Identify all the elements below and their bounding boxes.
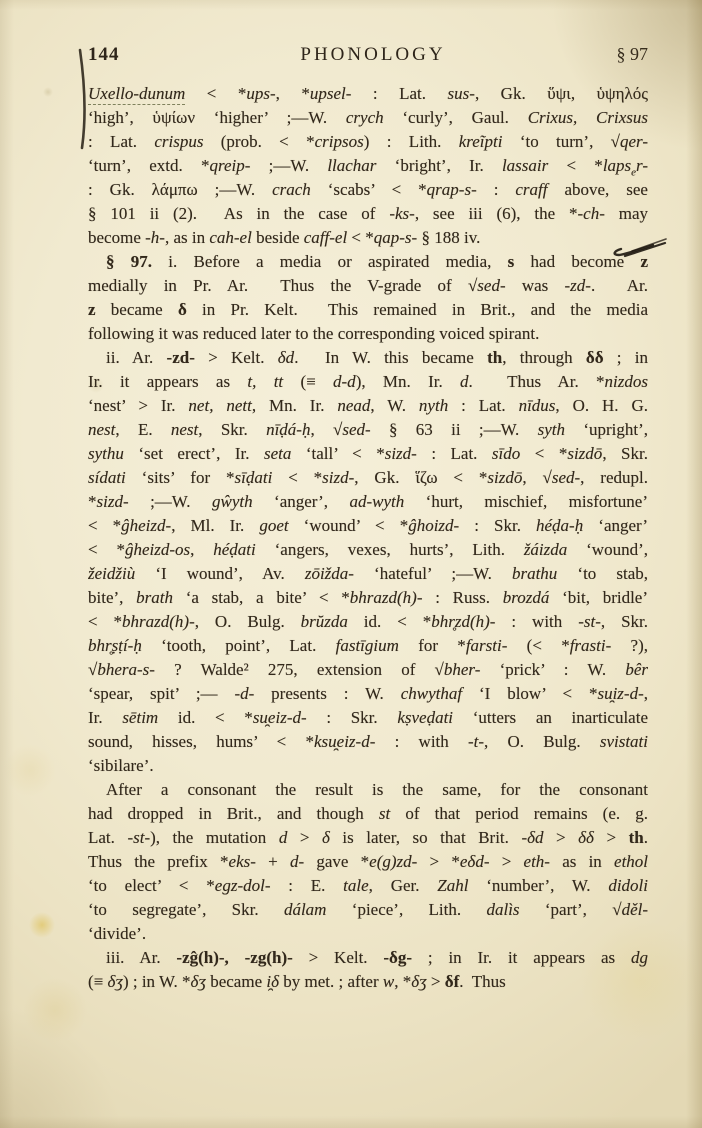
text-line: žeidžiù ‘I wound’, Av. zōižda- ‘hateful’… <box>88 562 648 586</box>
text-line: Ir. it appears as t, tt (≡ d-d), Mn. Ir.… <box>88 370 648 394</box>
text-line: < *ĝheizd-, Ml. Ir. goet ‘wound’ < *ĝhoi… <box>88 514 648 538</box>
text-line: become -h-, as in cah-el beside caff-el … <box>88 226 648 250</box>
section-reference: § 97 <box>617 44 649 65</box>
text-line: Ir. sētim id. < *su̯eiz-d- : Skr. kṣveḍa… <box>88 706 648 730</box>
text-line: ‘nest’ > Ir. net, nett, Mn. Ir. nead, W.… <box>88 394 648 418</box>
text-line: iii. Ar. -zĝ(h)-, -zg(h)- > Kelt. -δg- ;… <box>88 946 648 970</box>
book-page-scan: 144 PHONOLOGY § 97 Uxello-dunum < *ups-,… <box>0 0 702 1128</box>
text-line: medially in Pr. Ar. Thus the V-grade of … <box>88 274 648 298</box>
running-title: PHONOLOGY <box>120 44 617 66</box>
text-line: bite’, brath ‘a stab, a bite’ < *bhrazd(… <box>88 586 648 610</box>
paragraph: Uxello-dunum < *ups-, *upsel- : Lat. sus… <box>88 82 648 250</box>
text-line: ‘high’, ὑψίων ‘higher’ ;—W. crych ‘curly… <box>88 106 648 130</box>
text-line: ‘to elect’ < *egz-dol- : E. tale, Ger. Z… <box>88 874 648 898</box>
text-line: ‘to segregate’, Skr. dálam ‘piece’, Lith… <box>88 898 648 922</box>
text-line: √bhera-s- ? Walde² 275, extension of √bh… <box>88 658 648 682</box>
text-line: : Gk. λάμπω ;—W. crach ‘scabs’ < *qrap-s… <box>88 178 648 202</box>
text-line: < *bhrazd(h)-, O. Bulg. brŭzda id. < *bh… <box>88 610 648 634</box>
text-line: sythu ‘set erect’, Ir. seta ‘tall’ < *si… <box>88 442 648 466</box>
text-line: had dropped in Brit., and though st of t… <box>88 802 648 826</box>
text-line: z became δ in Pr. Kelt. This remained in… <box>88 298 648 322</box>
text-line: Lat. -st-), the mutation d > δ is later,… <box>88 826 648 850</box>
text-line: < *ĝheizd-os, héḍati ‘angers, vexes, hur… <box>88 538 648 562</box>
page-number: 144 <box>88 44 120 66</box>
text-line: : Lat. crispus (prob. < *cripsos) : Lith… <box>88 130 648 154</box>
text-line: § 97. i. Before a media or aspirated med… <box>88 250 648 274</box>
text-line: ‘turn’, extd. *qreip- ;—W. llachar ‘brig… <box>88 154 648 178</box>
text-line: ‘sibilare’. <box>88 754 648 778</box>
page-header: 144 PHONOLOGY § 97 <box>88 44 648 66</box>
paragraph: ii. Ar. -zd- > Kelt. δd. In W. this beca… <box>88 346 648 778</box>
text-block: Uxello-dunum < *ups-, *upsel- : Lat. sus… <box>88 82 648 994</box>
text-line: following it was reduced later to the co… <box>88 322 648 346</box>
text-line: ii. Ar. -zd- > Kelt. δd. In W. this beca… <box>88 346 648 370</box>
text-line: *sizd- ;—W. gŵyth ‘anger’, ad-wyth ‘hurt… <box>88 490 648 514</box>
text-line: (≡ δʒ) ; in W. *δʒ became i̯δ by met. ; … <box>88 970 648 994</box>
text-line: Uxello-dunum < *ups-, *upsel- : Lat. sus… <box>88 82 648 106</box>
text-line: ‘spear, spit’ ;— -d- presents : W. chwyt… <box>88 682 648 706</box>
text-line: Thus the prefix *eks- + d- gave *e(g)zd-… <box>88 850 648 874</box>
paragraph: § 97. i. Before a media or aspirated med… <box>88 250 648 346</box>
text-line: ‘divide’. <box>88 922 648 946</box>
text-line: sídati ‘sits’ for *sīḍati < *sizd-, Gk. … <box>88 466 648 490</box>
paragraph: After a consonant the result is the same… <box>88 778 648 946</box>
text-line: sound, hisses, hums’ < *ksu̯eiz-d- : wit… <box>88 730 648 754</box>
text-line: nest, E. nest, Skr. nīḍá-ḥ, √sed- § 63 i… <box>88 418 648 442</box>
text-line: § 101 ii (2). As in the case of -ks-, se… <box>88 202 648 226</box>
paragraph: iii. Ar. -zĝ(h)-, -zg(h)- > Kelt. -δg- ;… <box>88 946 648 994</box>
margin-pen-stroke-icon <box>80 50 85 148</box>
text-line: After a consonant the result is the same… <box>88 778 648 802</box>
text-line: bhr̥ṣṭí-ḥ ‘tooth, point’, Lat. fastīgium… <box>88 634 648 658</box>
